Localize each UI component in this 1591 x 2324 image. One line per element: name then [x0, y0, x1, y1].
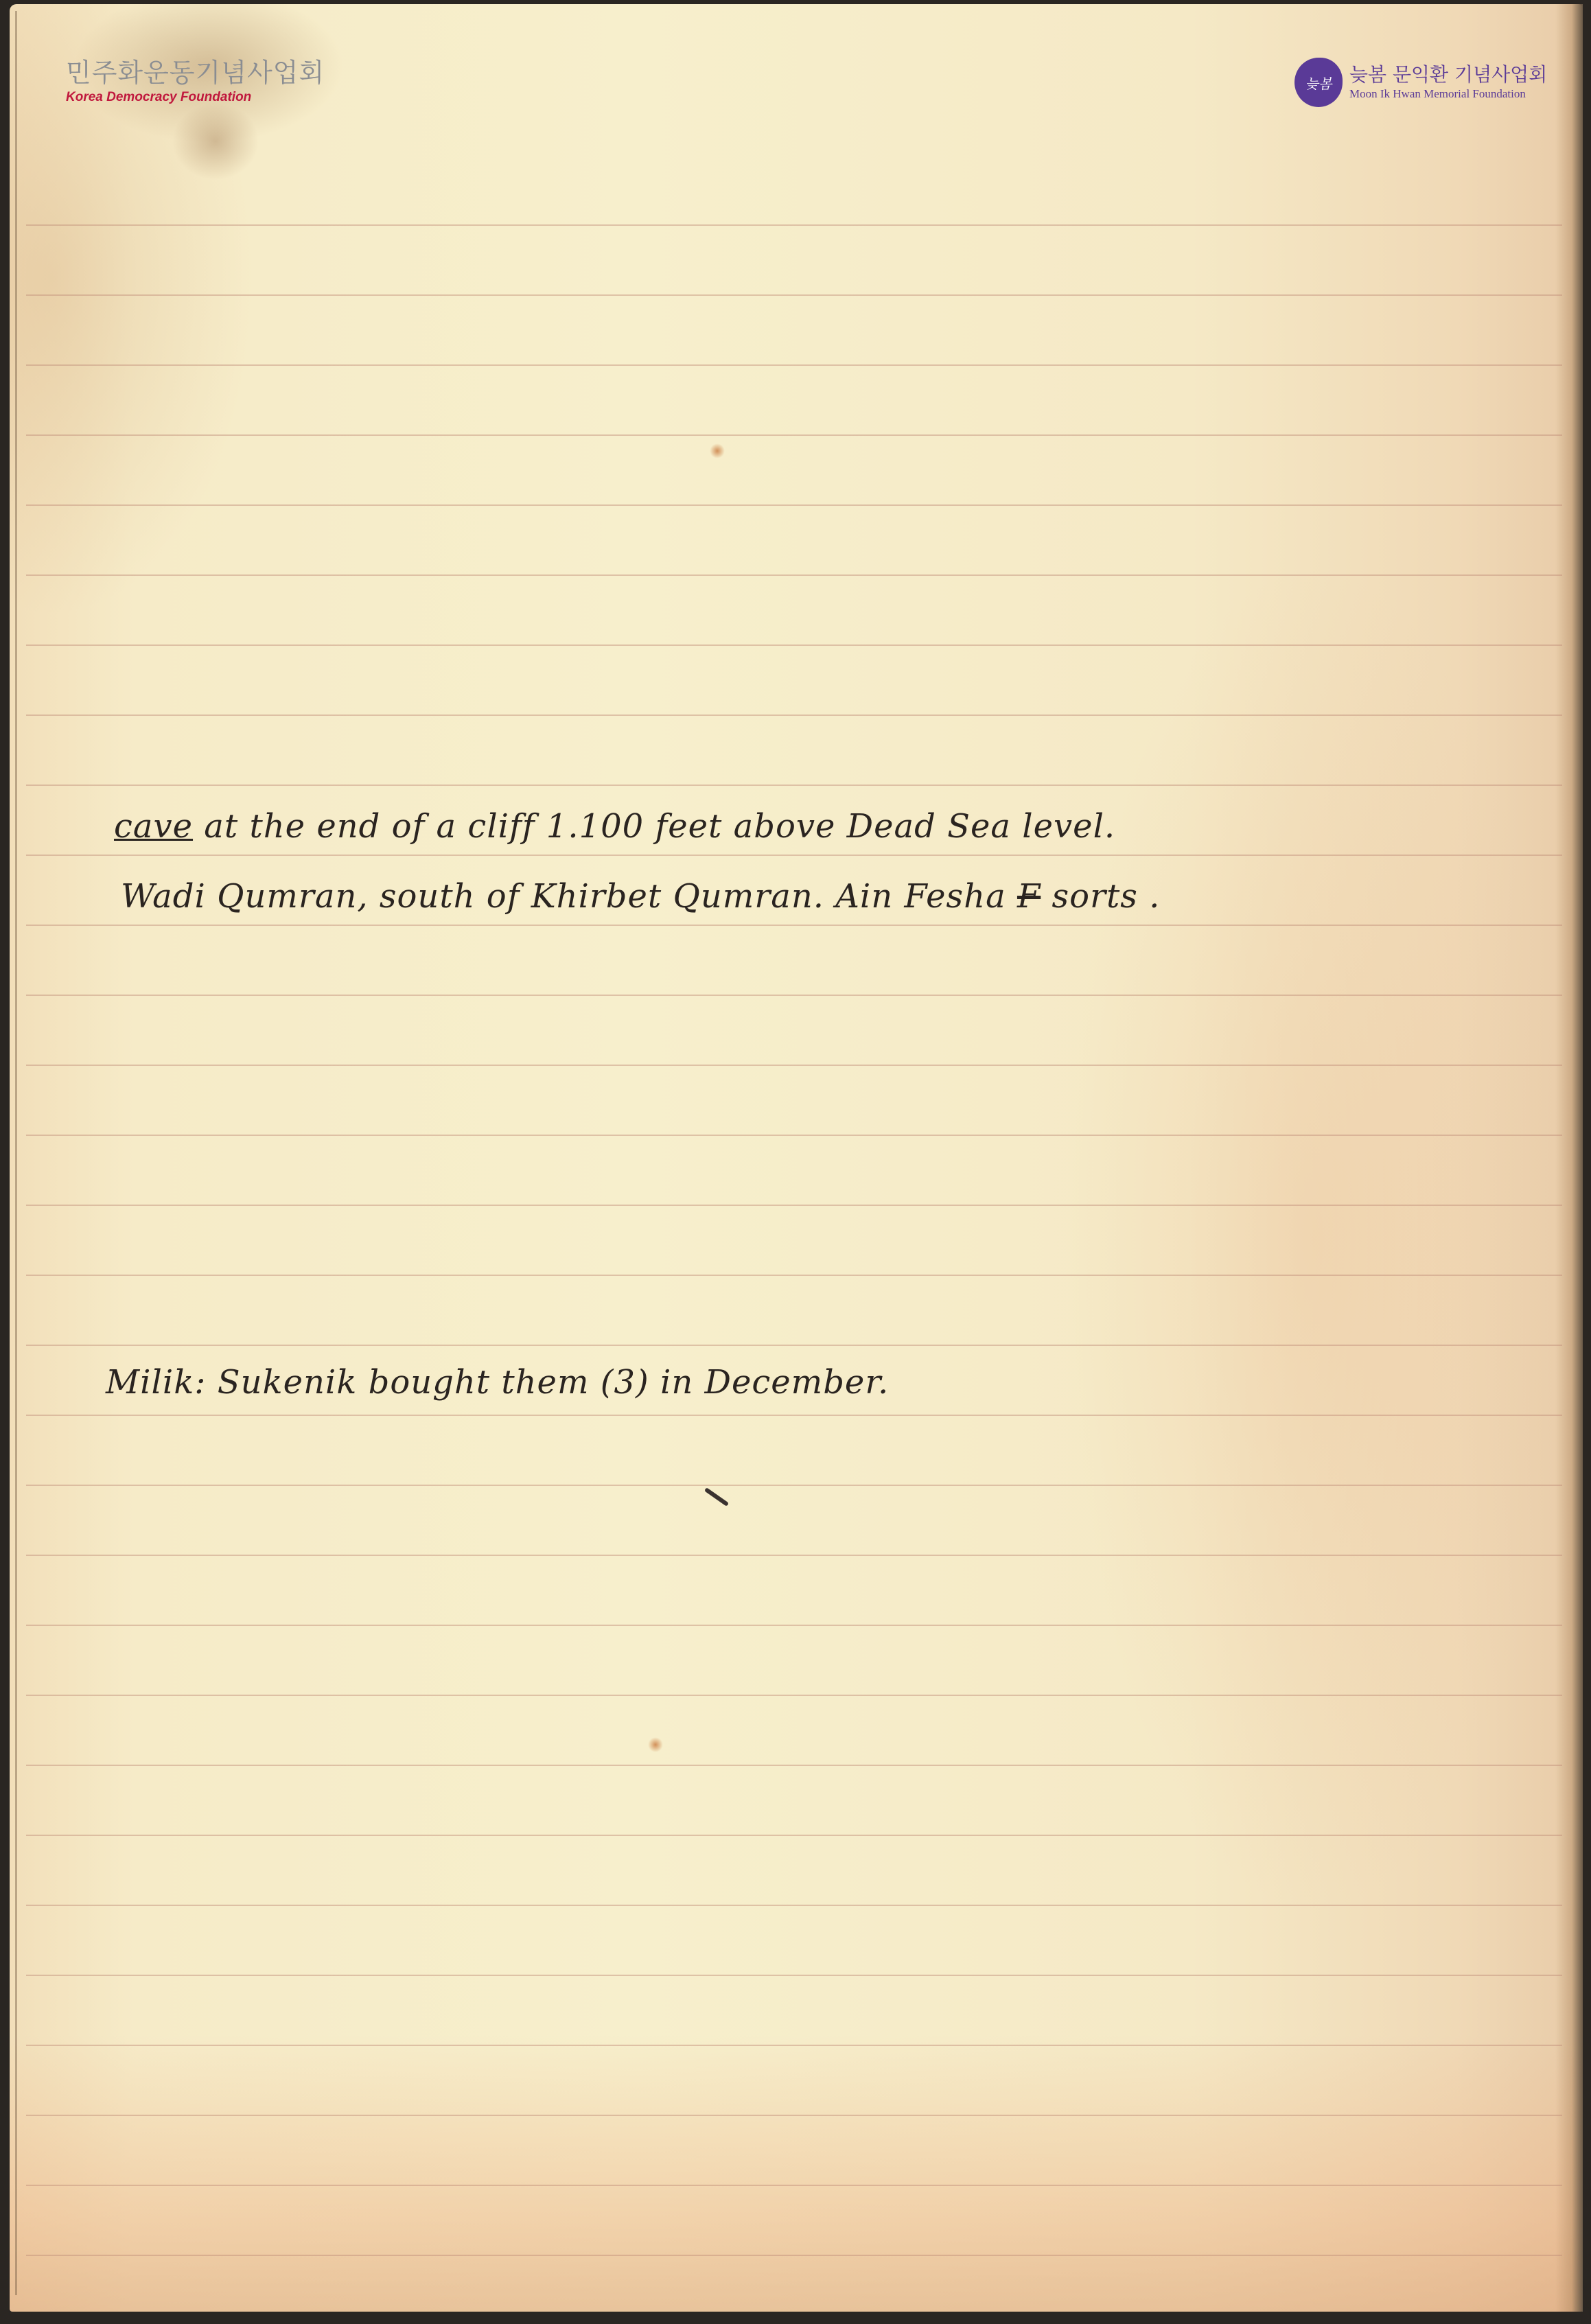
ruled-line: [26, 1975, 1562, 1976]
ruled-line: [26, 925, 1562, 926]
ruled-line: [26, 1695, 1562, 1696]
ruled-line: [26, 995, 1562, 996]
korea-democracy-foundation-logo: 민주화운동기념사업회 Korea Democracy Foundation: [66, 58, 325, 106]
ruled-line: [26, 1625, 1562, 1626]
line-text-after: sorts .: [1041, 877, 1160, 916]
handwritten-line-2: Wadi Qumran, south of Khirbet Qumran. Ai…: [121, 877, 1160, 916]
ruled-line: [26, 2185, 1562, 2186]
handwritten-line-1: cave at the end of a cliff 1.100 feet ab…: [114, 807, 1115, 846]
ruled-line: [26, 1345, 1562, 1346]
ruled-line: [26, 2115, 1562, 2116]
ruled-line: [26, 1135, 1562, 1136]
line-text: at the end of a cliff 1.100 feet above D…: [204, 807, 1115, 846]
ruled-line: [26, 644, 1562, 646]
ink-mark: [704, 1487, 729, 1507]
ruled-line: [26, 574, 1562, 576]
ruled-line: [26, 714, 1562, 716]
moon-ik-hwan-foundation-logo: 늦봄 늦봄 문익환 기념사업회 Moon Ik Hwan Memorial Fo…: [1294, 58, 1547, 107]
ruled-line: [26, 434, 1562, 436]
ruled-line: [26, 785, 1562, 786]
kdf-korean-name: 민주화운동기념사업회: [66, 58, 325, 88]
ruled-line: [26, 1555, 1562, 1556]
line-text-before: Wadi Qumran, south of Khirbet Qumran. Ai…: [121, 877, 1017, 916]
mikf-korean-name: 늦봄 문익환 기념사업회: [1349, 63, 1547, 86]
underlined-word: cave: [114, 807, 193, 846]
ruled-line: [26, 294, 1562, 296]
ruled-line: [26, 2045, 1562, 2046]
ruled-line: [26, 1905, 1562, 1906]
stain-spot: [648, 1737, 663, 1752]
ruled-line: [26, 1485, 1562, 1486]
line-text: Milik: Sukenik bought them (3) in Decemb…: [106, 1363, 889, 1402]
mikf-english-name: Moon Ik Hwan Memorial Foundation: [1349, 86, 1547, 102]
ruled-line: [26, 855, 1562, 856]
ruled-line: [26, 1205, 1562, 1206]
struck-out-text: F: [1017, 877, 1041, 916]
ruled-line: [26, 364, 1562, 366]
ruled-line: [26, 1275, 1562, 1276]
ruled-line: [26, 2255, 1562, 2256]
ruled-line: [26, 504, 1562, 506]
ruled-line: [26, 1415, 1562, 1416]
handwritten-line-3: Milik: Sukenik bought them (3) in Decemb…: [106, 1363, 889, 1402]
page-right-edge: [1555, 4, 1583, 2312]
ruled-line: [26, 1765, 1562, 1766]
stain-spot: [710, 443, 725, 458]
ruled-line: [26, 224, 1562, 226]
kdf-english-name: Korea Democracy Foundation: [66, 89, 325, 106]
neutbom-seal-icon: 늦봄: [1294, 58, 1343, 107]
ruled-line: [26, 1065, 1562, 1066]
page-left-edge: [15, 11, 17, 2295]
ruled-line: [26, 1835, 1562, 1836]
notebook-page: 민주화운동기념사업회 Korea Democracy Foundation 늦봄…: [10, 4, 1583, 2312]
